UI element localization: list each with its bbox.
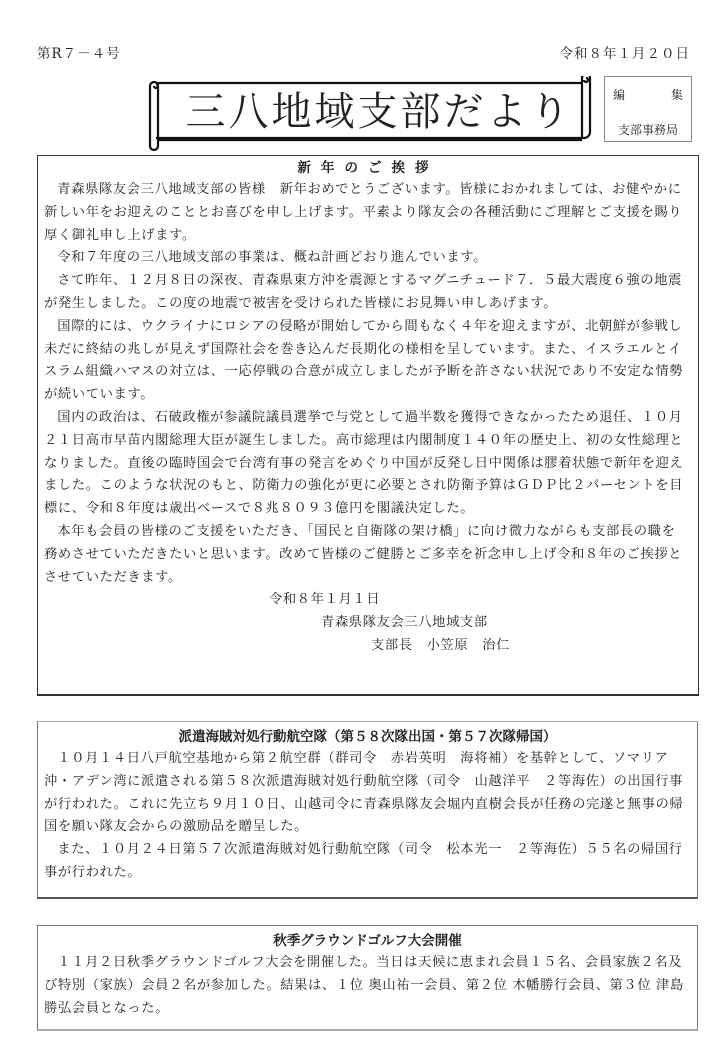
article-heading: 派遣海賊対処行動航空隊（第５８次隊出国・第５７次隊帰国） bbox=[38, 726, 697, 748]
paragraph: さて昨年、１２月８日の深夜、青森県東方沖を震源とするマグニチュード７．５最大震度… bbox=[44, 270, 689, 316]
paragraph: 国内の政治は、石破政権が参議院議員選挙で与党として過半数を獲得できなかったため退… bbox=[44, 407, 689, 521]
signature-organization: 青森県隊友会三八地域支部 bbox=[44, 612, 689, 635]
paragraph: １０月１４日八戸航空基地から第２航空群（群司令 赤岩英明 海将補）を基幹として、… bbox=[44, 748, 688, 839]
paragraph: 本年も会員の皆様のご支援をいただき、「国民と自衛隊の架け橋」に向け微力ながらも支… bbox=[44, 521, 689, 589]
paragraph: また、１０月２４日第５７次派遣海賊対処行動航空隊（司令 松本光一 ２等海佐）５５… bbox=[44, 839, 688, 885]
article-heading: 秋季グラウンドゴルフ大会開催 bbox=[38, 930, 697, 952]
paragraph: 令和７年度の三八地域支部の事業は、概ね計画どおり進んでいます。 bbox=[44, 247, 689, 270]
paragraph: 青森県隊友会三八地域支部の皆様 新年おめでとうございます。皆様におかれましては、… bbox=[44, 179, 689, 247]
signature-name: 支部長 小笠原 治仁 bbox=[44, 635, 689, 658]
title-banner: 三八地域支部だより bbox=[146, 76, 594, 152]
editor-label-2: 集 bbox=[671, 86, 683, 103]
paragraph: １１月２日秋季グラウンドゴルフ大会を開催した。当日は天候に恵まれ会員１５名、会員… bbox=[44, 952, 688, 1020]
signature-date: 令和８年１月１日 bbox=[44, 589, 689, 612]
new-year-greeting-section: 新年のご挨拶 青森県隊友会三八地域支部の皆様 新年おめでとうございます。皆様にお… bbox=[37, 155, 699, 696]
section-heading: 新年のご挨拶 bbox=[38, 157, 698, 179]
piracy-unit-article: 派遣海賊対処行動航空隊（第５８次隊出国・第５７次隊帰国） １０月１４日八戸航空基… bbox=[37, 721, 698, 899]
newsletter-title: 三八地域支部だより bbox=[174, 82, 584, 142]
issue-number: 第R７－４号 bbox=[37, 42, 121, 62]
editor-box: 編 集 支部事務局 bbox=[604, 76, 692, 142]
publication-date: 令和８年１月２０日 bbox=[560, 42, 691, 62]
editor-label-1: 編 bbox=[613, 86, 625, 103]
ground-golf-article: 秋季グラウンドゴルフ大会開催 １１月２日秋季グラウンドゴルフ大会を開催した。当日… bbox=[37, 925, 698, 1031]
editor-name: 支部事務局 bbox=[605, 121, 691, 138]
paragraph: 国際的には、ウクライナにロシアの侵略が開始してから間もなく４年を迎えますが、北朝… bbox=[44, 316, 689, 407]
